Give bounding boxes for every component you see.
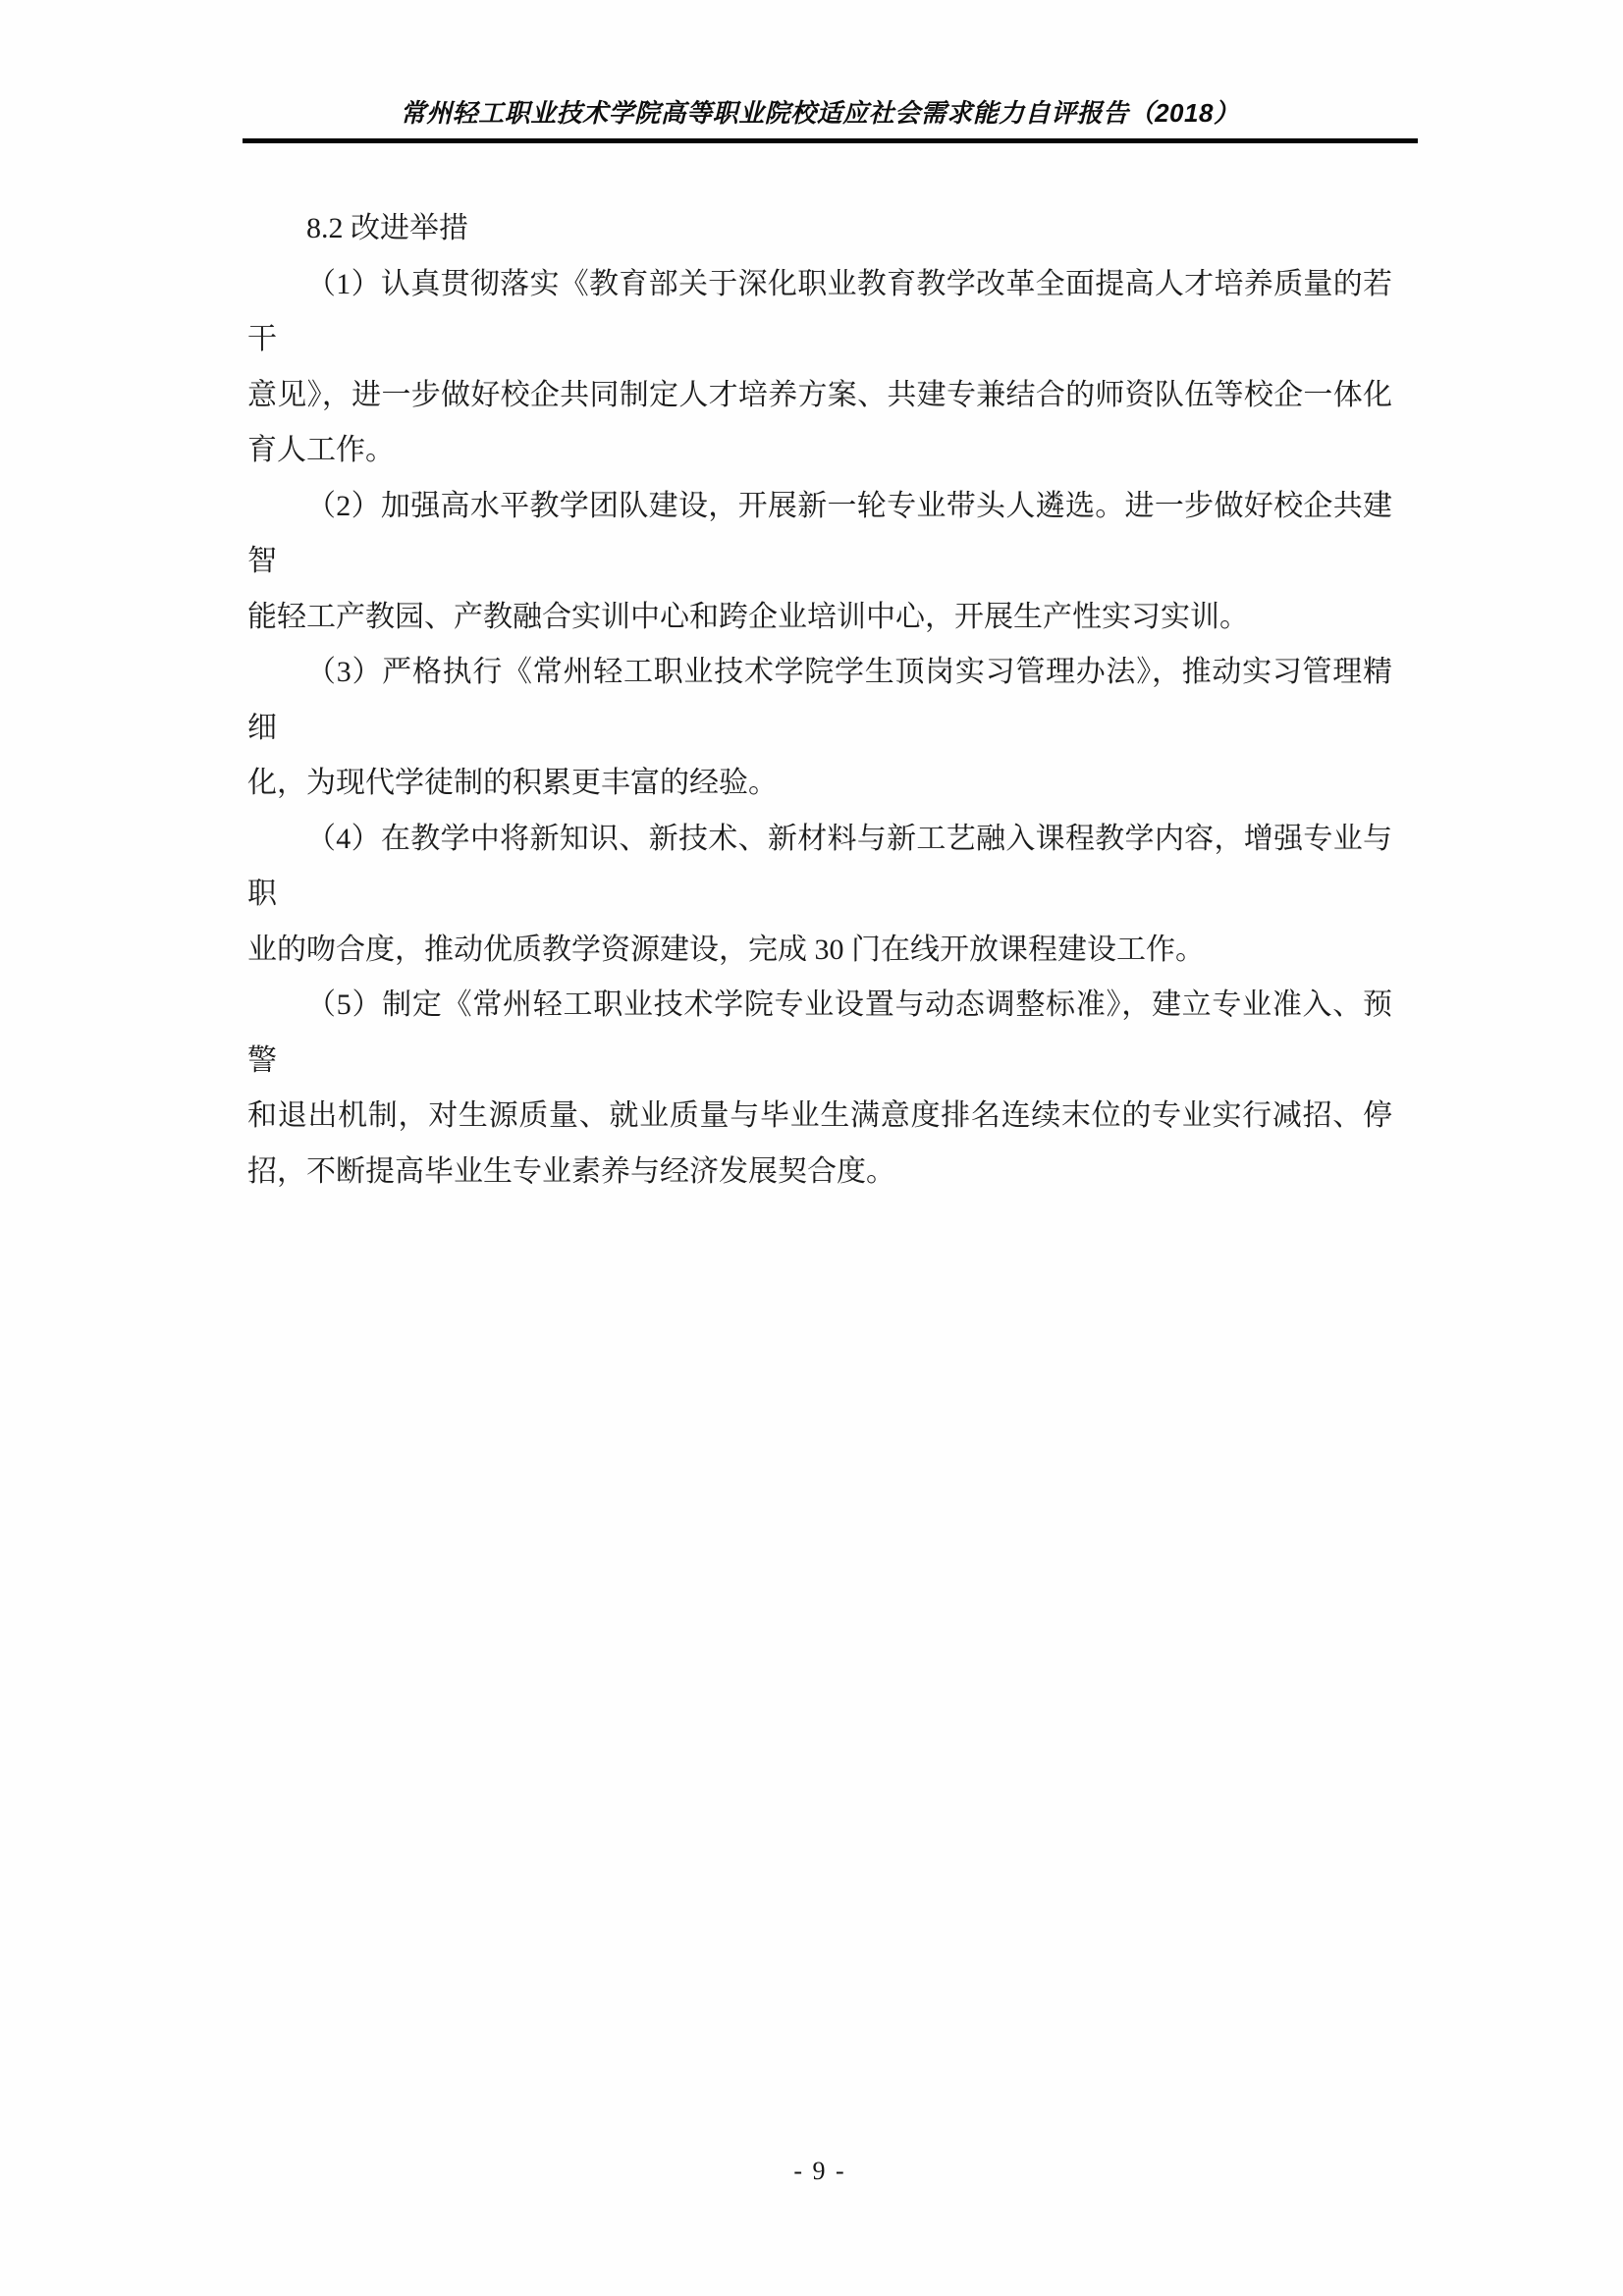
document-page: 常州轻工职业技术学院高等职业院校适应社会需求能力自评报告（2018） 8.2 改…: [0, 0, 1623, 2296]
text-line: 化，为现代学徒制的积累更丰富的经验。: [247, 756, 1392, 812]
text-line: 能轻工产教园、产教融合实训中心和跨企业培训中心，开展生产性实习实训。: [247, 590, 1392, 646]
header-rule-divider: [243, 138, 1418, 143]
text-line: （3）严格执行《常州轻工职业技术学院学生顶岗实习管理办法》，推动实习管理精细: [247, 645, 1392, 756]
text-line: （4）在教学中将新知识、新技术、新材料与新工艺融入课程教学内容，增强专业与职: [247, 812, 1392, 923]
page-header: 常州轻工职业技术学院高等职业院校适应社会需求能力自评报告（2018）: [247, 0, 1392, 143]
text-line: （5）制定《常州轻工职业技术学院专业设置与动态调整标准》，建立专业准入、预警: [247, 978, 1392, 1089]
document-body: 8.2 改进举措 （1）认真贯彻落实《教育部关于深化职业教育教学改革全面提高人才…: [247, 201, 1392, 1200]
text-line: 招，不断提高毕业生专业素养与经济发展契合度。: [247, 1145, 1392, 1201]
text-line: 业的吻合度，推动优质教学资源建设，完成 30 门在线开放课程建设工作。: [247, 923, 1392, 979]
section-heading: 8.2 改进举措: [247, 201, 1392, 257]
text-line: 育人工作。: [247, 423, 1392, 479]
page-content: 常州轻工职业技术学院高等职业院校适应社会需求能力自评报告（2018） 8.2 改…: [0, 0, 1623, 1200]
running-header-title: 常州轻工职业技术学院高等职业院校适应社会需求能力自评报告（2018）: [247, 98, 1392, 128]
text-line: 意见》，进一步做好校企共同制定人才培养方案、共建专兼结合的师资队伍等校企一体化: [247, 368, 1392, 424]
page-number: - 9 -: [247, 2157, 1392, 2186]
text-line: （2）加强高水平教学团队建设，开展新一轮专业带头人遴选。进一步做好校企共建智: [247, 479, 1392, 590]
text-line: 和退出机制，对生源质量、就业质量与毕业生满意度排名连续末位的专业实行减招、停: [247, 1089, 1392, 1145]
text-line: （1）认真贯彻落实《教育部关于深化职业教育教学改革全面提高人才培养质量的若干: [247, 257, 1392, 368]
